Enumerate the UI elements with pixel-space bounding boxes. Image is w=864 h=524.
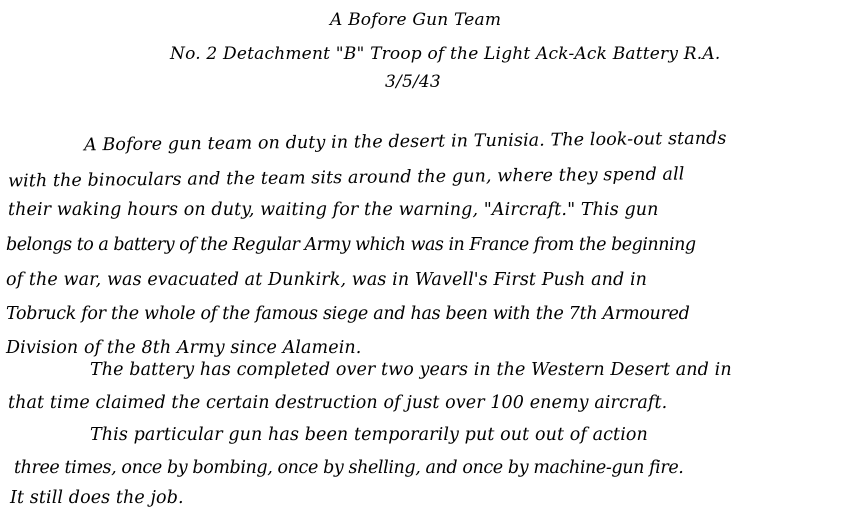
body-line: three times, once by bombing, once by sh…: [14, 458, 683, 478]
document-title: A Bofore Gun Team: [330, 10, 501, 30]
body-line: with the binoculars and the team sits ar…: [8, 164, 685, 191]
body-line: Division of the 8th Army since Alamein.: [6, 338, 361, 358]
document-subtitle: No. 2 Detachment "B" Troop of the Light …: [170, 44, 720, 64]
body-line: their waking hours on duty, waiting for …: [8, 200, 659, 220]
document-date: 3/5/43: [385, 72, 441, 92]
body-line: A Bofore gun team on duty in the desert …: [84, 129, 727, 156]
body-line: that time claimed the certain destructio…: [8, 393, 667, 413]
body-line: This particular gun has been temporarily…: [90, 425, 648, 445]
body-line: Tobruck for the whole of the famous sieg…: [6, 304, 690, 324]
body-line: of the war, was evacuated at Dunkirk, wa…: [6, 270, 647, 290]
body-line: The battery has completed over two years…: [90, 360, 732, 380]
body-line: It still does the job.: [10, 488, 184, 508]
body-line: belongs to a battery of the Regular Army…: [6, 235, 696, 255]
handwritten-document: A Bofore Gun Team No. 2 Detachment "B" T…: [0, 0, 864, 524]
